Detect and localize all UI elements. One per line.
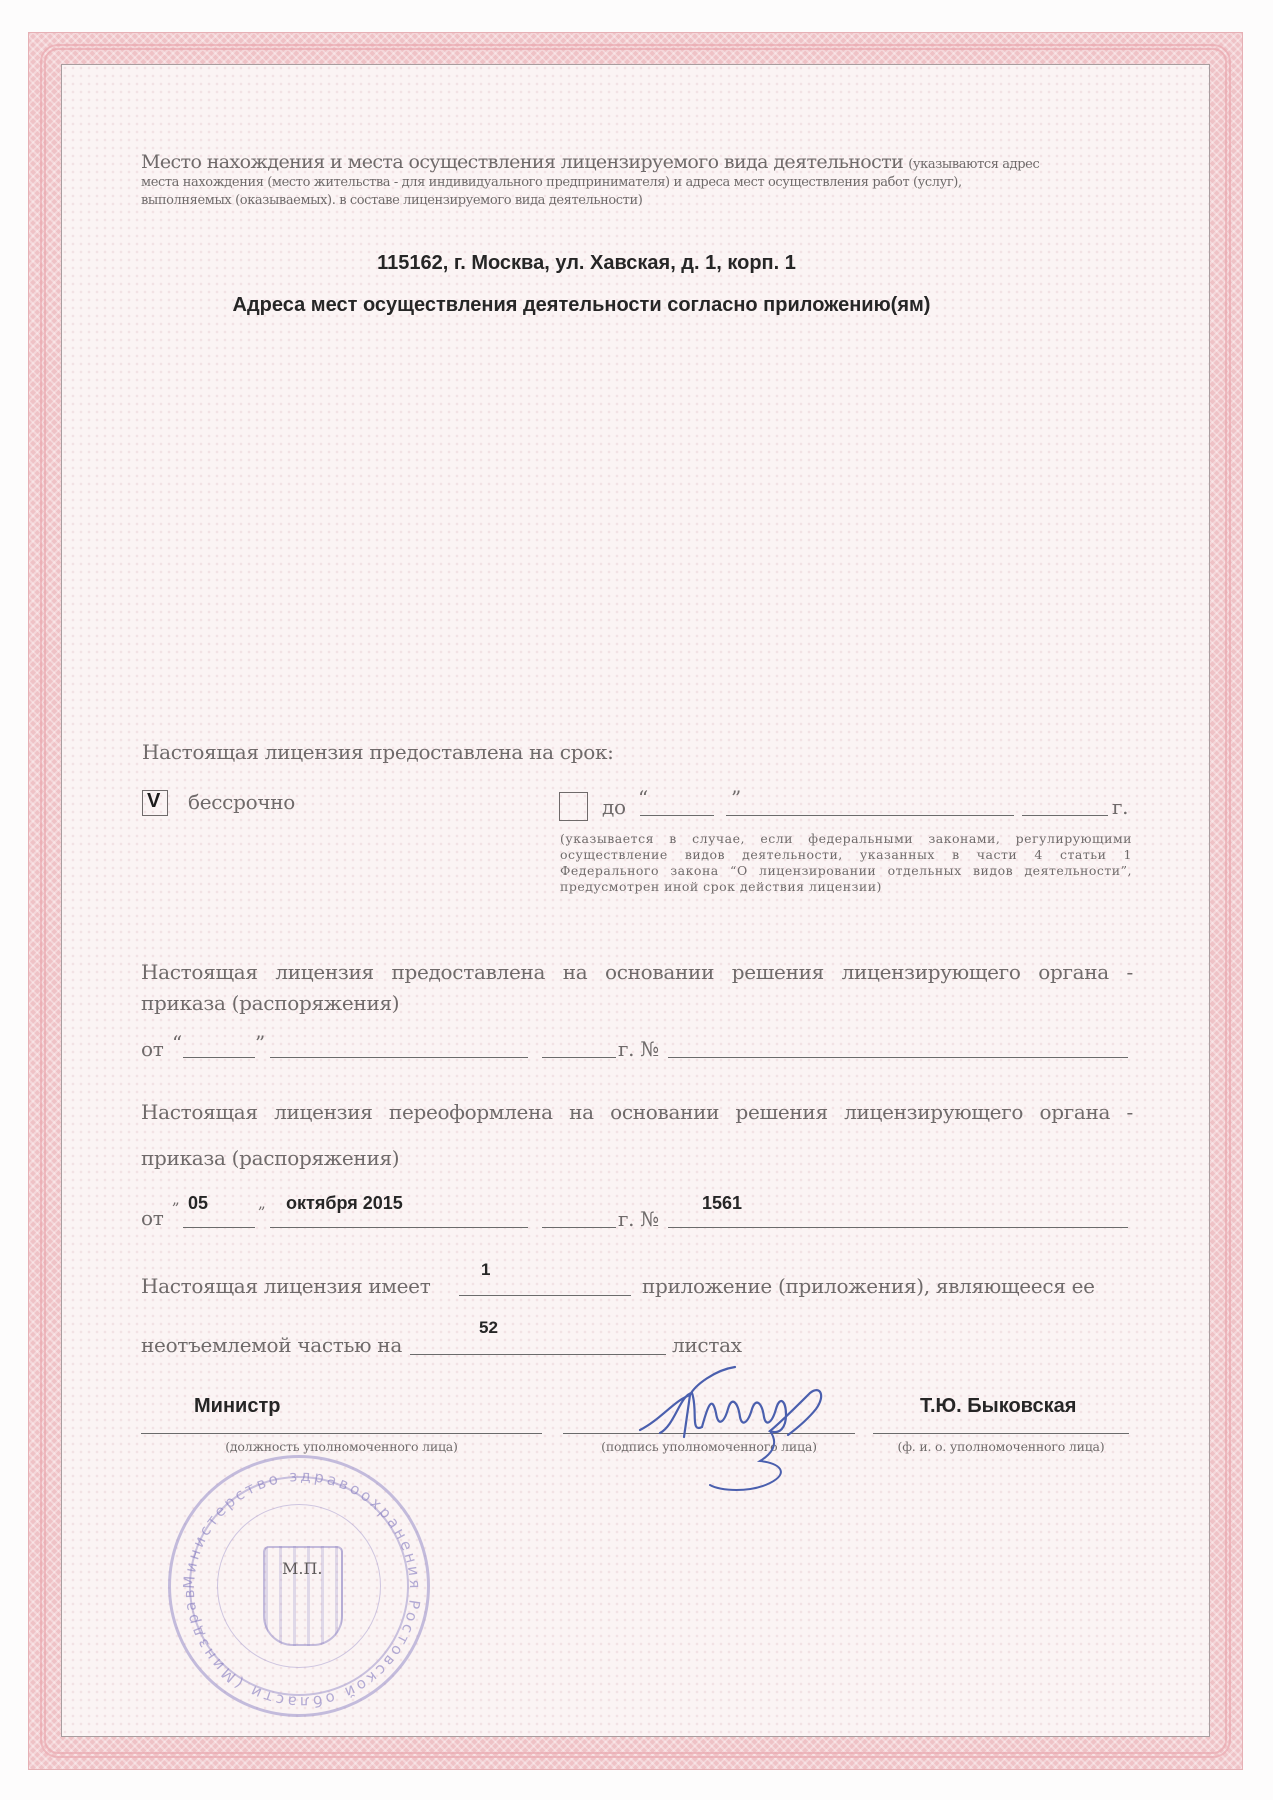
reissued-year-field[interactable] [542, 1227, 616, 1228]
granted-day-field[interactable] [183, 1057, 255, 1058]
reissued-number-field[interactable] [668, 1227, 1128, 1228]
indefinite-checkbox[interactable]: V [142, 790, 168, 816]
until-day-field[interactable] [640, 815, 714, 816]
reissued-close-quote: „ [258, 1194, 266, 1212]
official-seal: Министерство здравоохранения Ростовской … [168, 1455, 430, 1717]
signatory-name: Т.Ю. Быковская [920, 1395, 1076, 1418]
appendix-sheets-prefix: неотъемлемой частью на [141, 1333, 402, 1357]
appendix-sheets: 52 [479, 1318, 498, 1338]
seal-ring-text: Министерство здравоохранения Ростовской … [171, 1458, 433, 1720]
term-label: Настоящая лицензия предоставлена на срок… [142, 740, 614, 764]
header-note-3: выполняемых (оказываемых). в составе лиц… [141, 193, 1141, 208]
appendix-sheets-field[interactable] [410, 1354, 666, 1355]
position-field [141, 1433, 542, 1434]
position-caption: (должность уполномоченного лица) [141, 1439, 542, 1454]
granted-year-field[interactable] [542, 1057, 616, 1058]
granted-number-field[interactable] [668, 1057, 1128, 1058]
granted-number-label: г. № [618, 1037, 659, 1061]
check-mark-icon: V [147, 790, 160, 813]
until-month-field[interactable] [726, 815, 1014, 816]
reissued-day: 05 [188, 1193, 208, 1214]
address-note: Адреса мест осуществления деятельности с… [233, 294, 931, 316]
appendix-count-field[interactable] [459, 1295, 631, 1296]
signatory-position: Министр [194, 1395, 280, 1418]
appendix-sheets-suffix: листах [672, 1333, 742, 1357]
reissued-month-year: октября 2015 [286, 1193, 403, 1214]
seal-place-label: М.П. [282, 1559, 323, 1578]
until-year-suffix: г. [1112, 795, 1128, 819]
granted-month-field[interactable] [270, 1057, 528, 1058]
appendix-count: 1 [481, 1260, 490, 1280]
granted-line-1: Настоящая лицензия предоставлена на осно… [141, 960, 1133, 984]
granted-line-2: приказа (распоряжения) [141, 991, 399, 1015]
until-date-checkbox[interactable] [559, 792, 588, 821]
reissued-line-1: Настоящая лицензия переоформлена на осно… [141, 1100, 1133, 1124]
header-note-1: (указываются адрес [908, 157, 1039, 172]
header-block: Место нахождения и места осуществления л… [141, 151, 1141, 208]
until-close-quote: ” [731, 786, 741, 810]
license-page: Место нахождения и места осуществления л… [0, 0, 1273, 1800]
term-note: (указывается в случае, если федеральными… [560, 831, 1132, 895]
reissued-number-label: г. № [618, 1207, 659, 1231]
granted-open-quote: “ [172, 1031, 182, 1055]
address: 115162, г. Москва, ул. Хавская, д. 1, ко… [377, 252, 796, 274]
reissued-number: 1561 [702, 1193, 742, 1214]
appendix-suffix: приложение (приложения), являющееся ее [642, 1274, 1095, 1298]
name-field [873, 1433, 1129, 1434]
granted-close-quote: ” [255, 1031, 265, 1055]
header-note-2: места нахождения (место жительства - для… [141, 175, 1141, 190]
granted-from-prefix: от [141, 1037, 164, 1061]
name-caption: (ф. и. о. уполномоченного лица) [873, 1439, 1129, 1454]
indefinite-label: бессрочно [188, 790, 295, 814]
handwritten-signature [620, 1365, 840, 1505]
reissued-from-prefix: от [141, 1206, 164, 1230]
until-open-quote: “ [638, 786, 648, 810]
reissued-line-2: приказа (распоряжения) [141, 1146, 399, 1170]
until-year-field[interactable] [1022, 815, 1108, 816]
header-title: Место нахождения и места осуществления л… [141, 151, 903, 173]
appendix-prefix: Настоящая лицензия имеет [141, 1274, 430, 1298]
reissued-open-quote: „ [172, 1190, 180, 1208]
svg-text:Министерство здравоохранения Р: Министерство здравоохранения Ростовской … [171, 1458, 424, 1711]
until-prefix: до [602, 795, 626, 819]
reissued-day-field[interactable] [183, 1227, 255, 1228]
reissued-month-field[interactable] [270, 1227, 528, 1228]
